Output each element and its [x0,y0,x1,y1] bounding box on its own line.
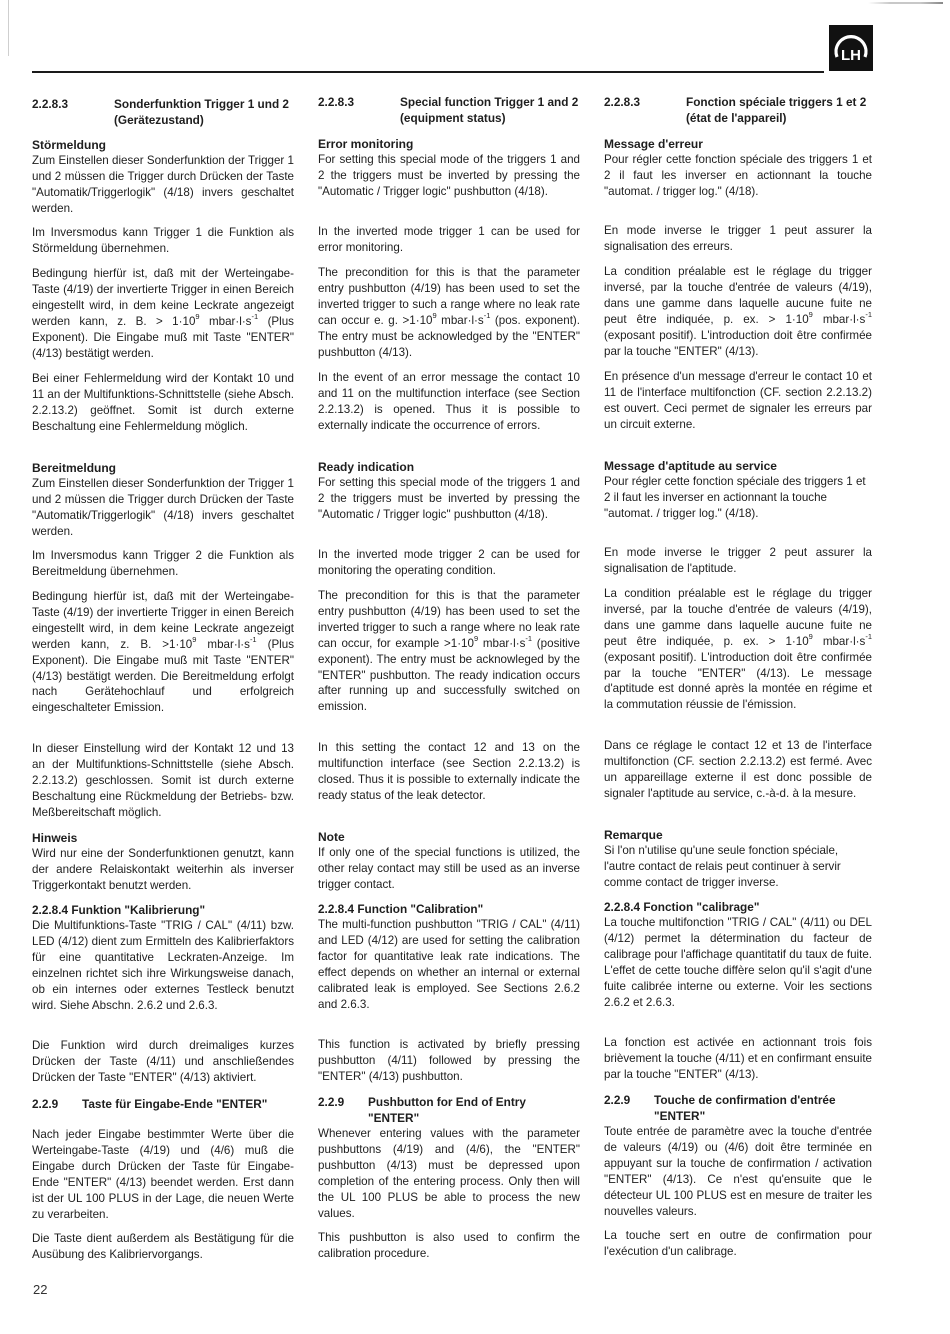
paragraph: This pushbutton is also used to confirm … [318,1230,580,1262]
section-heading-2284: 2.2.8.4 Function "Calibration" [318,901,580,917]
paragraph: Dans ce réglage le contact 12 et 13 de l… [604,738,872,802]
paragraph: Bedingung hierfür ist, daß mit der Werte… [32,589,294,716]
paragraph: If only one of the special functions is … [318,845,580,893]
subheading-ready: Message d'aptitude au service [604,458,872,474]
section-heading-2284: 2.2.8.4 Funktion "Kalibrierung" [32,902,294,918]
paragraph: Im Inversmodus kann Trigger 1 die Funkti… [32,225,294,257]
paragraph: Nach jeder Eingabe bestimmter Werte über… [32,1127,294,1222]
paragraph: La touche multifonction "TRIG / CAL" (4/… [604,915,872,1010]
paragraph: The precondition for this is that the pa… [318,265,580,360]
paragraph: For setting this special mode of the tri… [318,152,580,200]
paragraph: Im Inversmodus kann Trigger 2 die Funkti… [32,548,294,580]
paragraph: In this setting the contact 12 and 13 on… [318,740,580,804]
section-title: Sonderfunktion Trigger 1 und 2 (Gerätezu… [114,96,294,128]
paragraph: The multi-function pushbutton "TRIG / CA… [318,917,580,1012]
scan-edge-mark [8,0,9,56]
paragraph: Pour régler cette fonction spéciale des … [604,152,872,200]
paragraph: In the inverted mode trigger 1 can be us… [318,224,580,256]
section-heading-2283: 2.2.8.3Special function Trigger 1 and 2 … [318,94,580,126]
svg-text:LH: LH [841,47,861,64]
paragraph: Die Funktion wird durch dreimaliges kurz… [32,1038,294,1086]
leybold-logo-icon: LH [829,25,873,71]
note-subsection: Note If only one of the special function… [318,829,580,893]
page-number: 22 [33,1282,47,1297]
section-heading-229: 2.2.9Pushbutton for End of Entry "ENTER" [318,1094,580,1126]
note-subsection: Hinweis Wird nur eine der Sonderfunktion… [32,830,294,894]
section-title: Fonction spéciale triggers 1 et 2 (état … [686,94,872,126]
subheading-error: Störmeldung [32,137,294,153]
paragraph: Zum Einstellen dieser Sonderfunktion der… [32,153,294,217]
section-heading-2283: 2.2.8.3Sonderfunktion Trigger 1 und 2 (G… [32,96,294,128]
paragraph: In dieser Einstellung wird der Kontakt 1… [32,741,294,821]
paragraph: In the event of an error message the con… [318,370,580,434]
section-heading-229: 2.2.9Taste für Eingabe-Ende "ENTER" [32,1096,294,1112]
paragraph: Bedingung hierfür ist, daß mit der Werte… [32,266,294,361]
paragraph: In the inverted mode trigger 2 can be us… [318,547,580,579]
paragraph: En mode inverse le trigger 1 peut assure… [604,223,872,255]
error-subsection: Error monitoring For setting this specia… [318,136,580,200]
paragraph: En mode inverse le trigger 2 peut assure… [604,545,872,577]
paragraph: For setting this special mode of the tri… [318,475,580,523]
paragraph: Bei einer Fehlermeldung wird der Kontakt… [32,371,294,435]
subheading-note: Remarque [604,827,872,843]
subheading-error: Message d'erreur [604,136,872,152]
paragraph: The precondition for this is that the pa… [318,588,580,715]
ready-subsection: Bereitmeldung Zum Einstellen dieser Sond… [32,460,294,540]
paragraph: La touche sert en outre de confirmation … [604,1228,872,1260]
paragraph: En présence d'un message d'erreur le con… [604,369,872,433]
section-heading-2284: 2.2.8.4 Fonction "calibrage" [604,899,872,915]
subheading-note: Note [318,829,580,845]
paragraph: Zum Einstellen dieser Sonderfunktion der… [32,476,294,540]
section-title: Special function Trigger 1 and 2 (equipm… [400,94,580,126]
paragraph: Toute entrée de paramètre avec la touche… [604,1124,872,1219]
paragraph: Die Multifunktions-Taste "TRIG / CAL" (4… [32,918,294,1013]
paragraph: La condition préalable est le réglage du… [604,586,872,713]
header-rule [32,71,824,73]
section-2284: 2.2.8.4 Fonction "calibrage" La touche m… [604,899,872,1010]
paragraph: Die Taste dient außerdem als Bestätigung… [32,1231,294,1263]
subheading-ready: Ready indication [318,459,580,475]
paragraph: La condition préalable est le réglage du… [604,264,872,359]
paragraph: Pour régler cette fonction spéciale des … [604,474,872,522]
note-subsection: Remarque Si l'on n'utilise qu'une seule … [604,827,872,891]
error-subsection: Message d'erreur Pour régler cette fonct… [604,136,872,200]
section-heading-229: 2.2.9Touche de confirmation d'entrée "EN… [604,1092,872,1124]
subheading-ready: Bereitmeldung [32,460,294,476]
section-2284: 2.2.8.4 Function "Calibration" The multi… [318,901,580,1012]
paragraph: Si l'on n'utilise qu'une seule fonction … [604,843,872,891]
subheading-error: Error monitoring [318,136,580,152]
ready-subsection: Message d'aptitude au service Pour régle… [604,458,872,522]
subheading-note: Hinweis [32,830,294,846]
paragraph: Wird nur eine der Sonderfunktionen genut… [32,846,294,894]
error-subsection: Störmeldung Zum Einstellen dieser Sonder… [32,137,294,217]
scan-corner-mark [868,2,943,4]
paragraph: Whenever entering values with the parame… [318,1126,580,1221]
section-2284: 2.2.8.4 Funktion "Kalibrierung" Die Mult… [32,902,294,1013]
ready-subsection: Ready indication For setting this specia… [318,459,580,523]
paragraph: This function is activated by briefly pr… [318,1037,580,1085]
paragraph: La fonction est activée en actionnant tr… [604,1035,872,1083]
section-heading-2283: 2.2.8.3Fonction spéciale triggers 1 et 2… [604,94,872,126]
